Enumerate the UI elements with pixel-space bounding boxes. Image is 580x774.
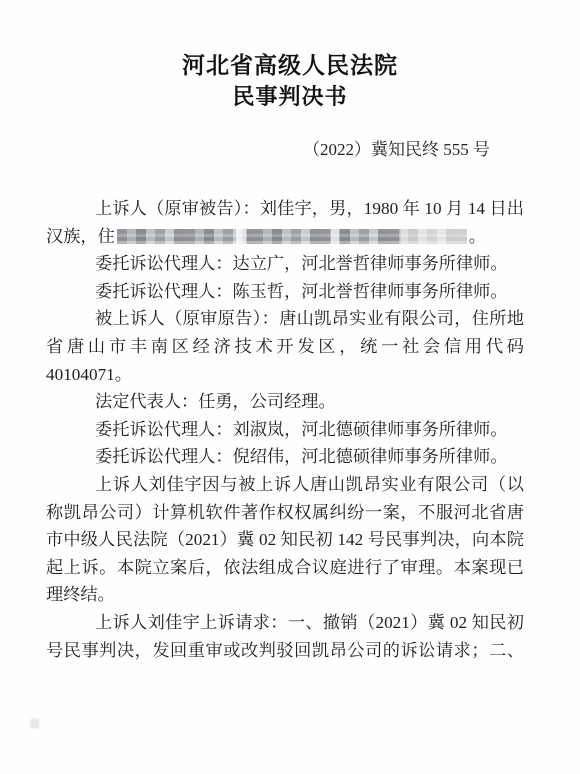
document-line: 委托诉讼代理人：刘淑岚，河北德硕律师事务所律师。: [46, 416, 524, 444]
document-line: 法定代表人：任勇，公司经理。: [46, 388, 524, 416]
document-line: 号民事判决，发回重审或改判驳回凯昂公司的诉讼请求；二、一: [46, 637, 524, 665]
document-line: 上诉人刘佳宇上诉请求：一、撤销（2021）冀 02 知民初 142: [46, 609, 524, 637]
document-body: 上诉人（原审被告）：刘佳宇，男，1980 年 10 月 14 日出生，汉族，住。…: [46, 195, 524, 664]
redaction-mosaic: [117, 229, 467, 244]
redaction-prefix-text: 汉族，住: [46, 227, 115, 246]
document-line: 称凯昂公司）计算机软件著作权权属纠纷一案，不服河北省唐山: [46, 499, 524, 527]
document-type: 民事判决书: [0, 82, 580, 112]
document-line: 委托诉讼代理人：倪绍伟，河北德硕律师事务所律师。: [46, 443, 524, 471]
judgment-document-page: 河北省高级人民法院 民事判决书 （2022）冀知民终 555 号 上诉人（原审被…: [0, 0, 580, 774]
case-number: （2022）冀知民终 555 号: [0, 139, 580, 161]
redaction-suffix-text: 。: [469, 227, 486, 246]
document-line: 上诉人（原审被告）：刘佳宇，男，1980 年 10 月 14 日出生，: [46, 195, 524, 223]
document-line: 市中级人民法院（2021）冀 02 知民初 142 号民事判决，向本院提: [46, 526, 524, 554]
document-line: 省唐山市丰南区经济技术开发区，统一社会信用代码 9113028205: [46, 333, 524, 361]
scan-artifact-speck: [31, 719, 39, 728]
document-line: 汉族，住。: [46, 223, 524, 251]
document-line: 40104071。: [46, 361, 524, 389]
document-line: 委托诉讼代理人：陈玉哲，河北誉哲律师事务所律师。: [46, 278, 524, 306]
document-line: 上诉人刘佳宇因与被上诉人唐山凯昂实业有限公司（以下简: [46, 471, 524, 499]
document-line: 被上诉人（原审原告）：唐山凯昂实业有限公司，住所地河北: [46, 305, 524, 333]
court-name: 河北省高级人民法院: [0, 50, 580, 82]
document-line: 理终结。: [46, 581, 524, 609]
document-title-block: 河北省高级人民法院 民事判决书: [0, 50, 580, 112]
document-line: 起上诉。本院立案后，依法组成合议庭进行了审理。本案现已审: [46, 554, 524, 582]
document-line: 委托诉讼代理人：达立广，河北誉哲律师事务所律师。: [46, 250, 524, 278]
